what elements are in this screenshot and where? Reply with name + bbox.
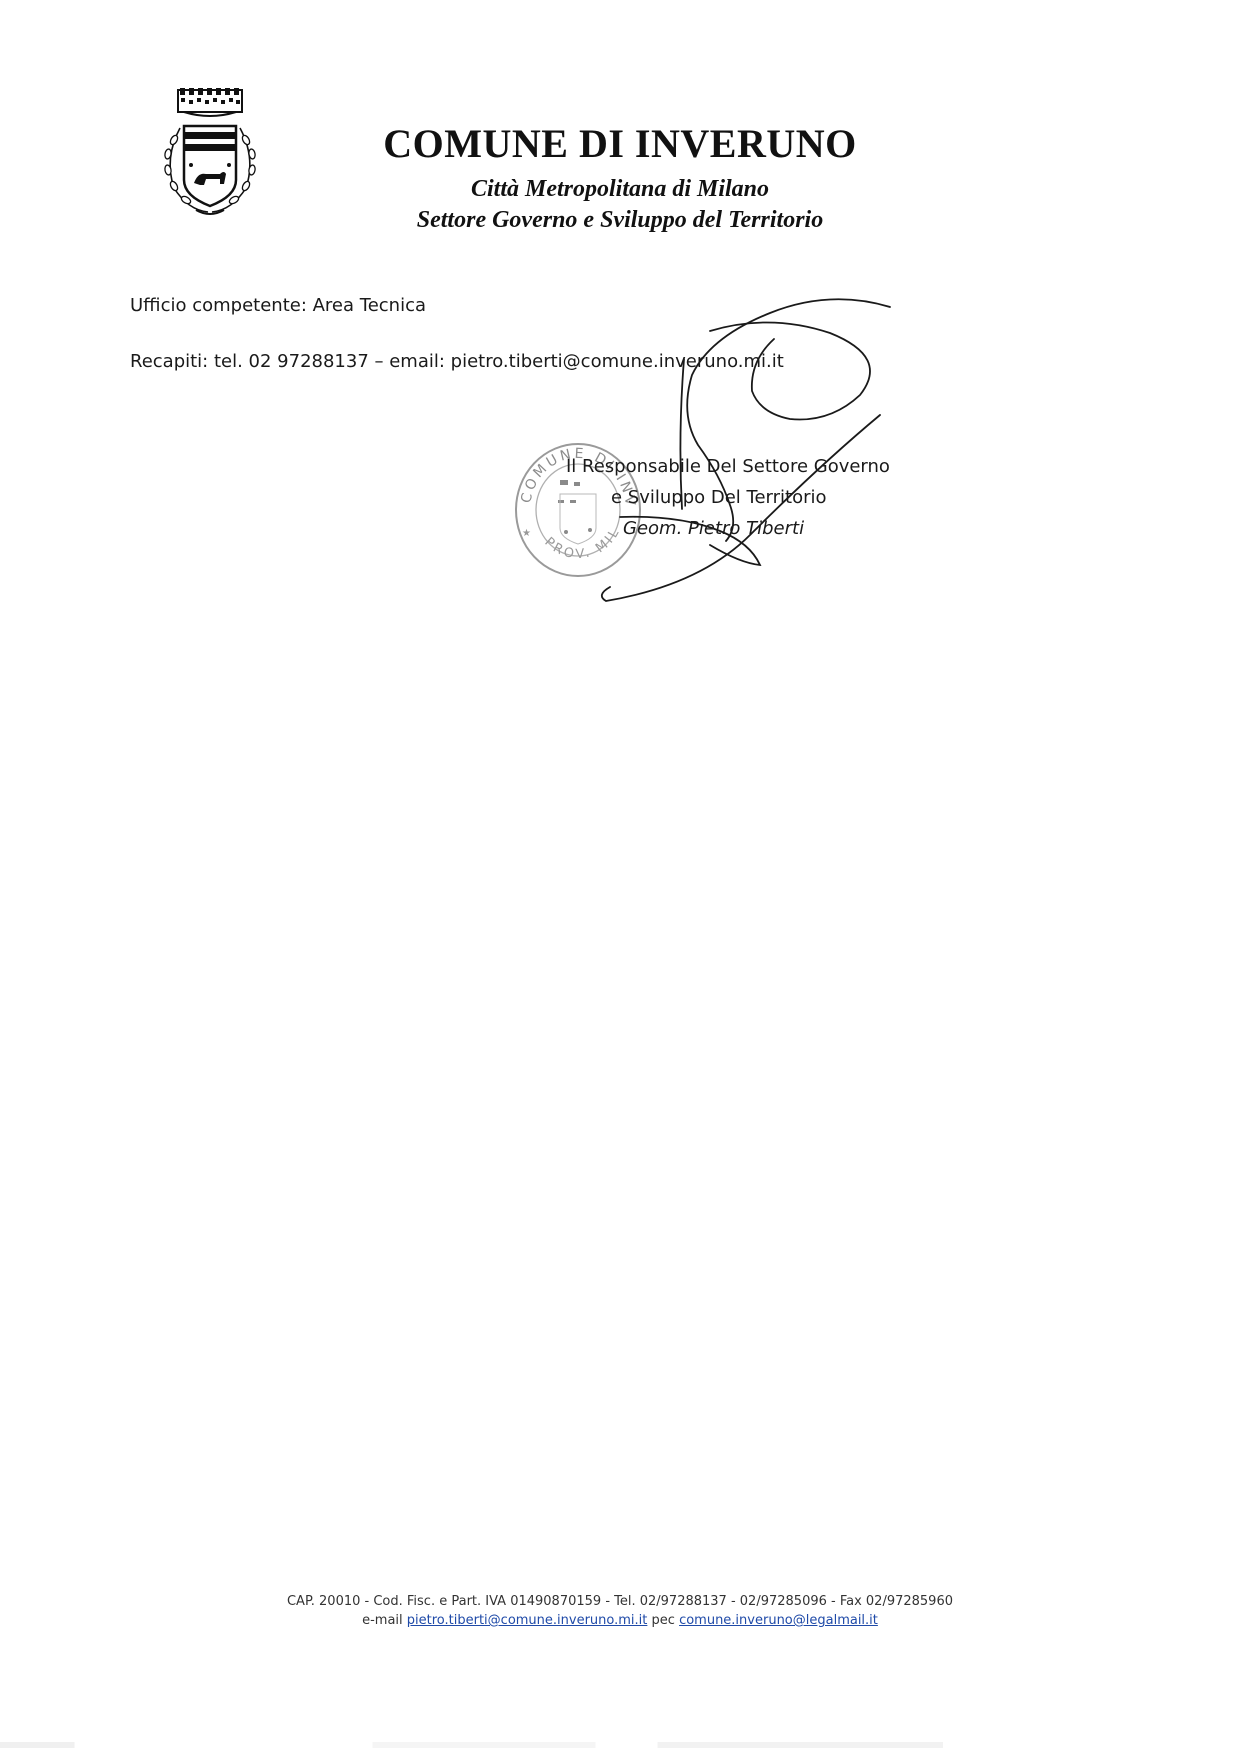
footer-emails: e-mail pietro.tiberti@comune.inveruno.mi…: [180, 1613, 1060, 1628]
handwritten-signature-icon: [600, 295, 900, 615]
contacts-line: Recapiti: tel. 02 97288137 – email: piet…: [130, 351, 784, 372]
svg-text:★: ★: [522, 528, 531, 539]
footer-email-label: e-mail: [362, 1613, 407, 1628]
signatory-role-line-1: Il Responsabile Del Settore Governo: [566, 456, 890, 477]
signatory-role-line-2: e Sviluppo Del Territorio: [611, 487, 827, 508]
footer-email-link[interactable]: pietro.tiberti@comune.inveruno.mi.it: [407, 1613, 648, 1628]
contacts-prefix: Recapiti: tel. 02 97288137 – email:: [130, 351, 451, 372]
municipality-title: COMUNE DI INVERUNO: [380, 124, 860, 164]
office-label: Ufficio competente: Area Tecnica: [130, 295, 426, 316]
footer-pec-label: pec: [647, 1613, 679, 1628]
coat-of-arms-icon: [150, 88, 270, 223]
signatory-name: Geom. Pietro Tiberti: [623, 518, 804, 539]
scan-edge-artifact: [0, 1742, 1241, 1748]
contacts-email: pietro.tiberti@comune.inveruno.mi.it: [451, 351, 784, 372]
department-subtitle: Settore Governo e Sviluppo del Territori…: [380, 207, 860, 234]
footer-pec-link[interactable]: comune.inveruno@legalmail.it: [679, 1613, 878, 1628]
metropolitan-city-subtitle: Città Metropolitana di Milano: [380, 176, 860, 203]
footer-contacts: CAP. 20010 - Cod. Fisc. e Part. IVA 0149…: [180, 1594, 1060, 1609]
